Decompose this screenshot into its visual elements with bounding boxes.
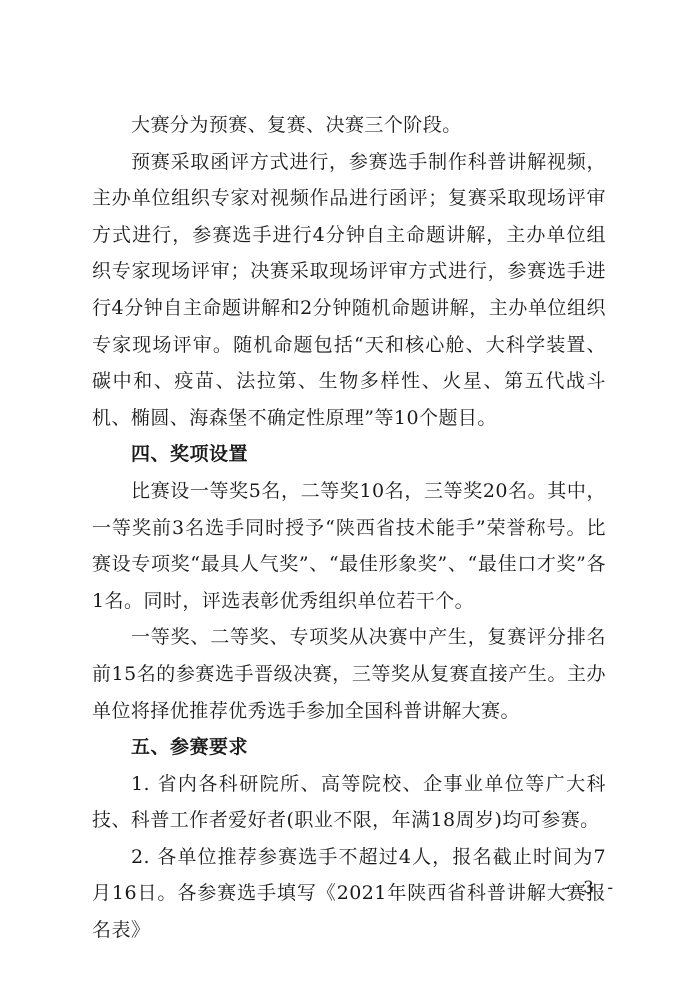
paragraph-requirement-1: 1. 省内各科研院所、高等院校、企事业单位等广大科技、科普工作者爱好者(职业不限… <box>92 766 606 839</box>
paragraph-stages: 大赛分为预赛、复赛、决赛三个阶段。 <box>92 107 606 144</box>
paragraph-award-selection: 一等奖、二等奖、专项奖从决赛中产生，复赛评分排名前15名的参赛选手晋级决赛，三等… <box>92 619 606 729</box>
paragraph-competition-format: 预赛采取函评方式进行，参赛选手制作科普讲解视频，主办单位组织专家对视频作品进行函… <box>92 144 606 437</box>
document-page: 大赛分为预赛、复赛、决赛三个阶段。 预赛采取函评方式进行，参赛选手制作科普讲解视… <box>92 107 606 949</box>
section-heading-awards: 四、奖项设置 <box>92 436 606 473</box>
section-heading-requirements: 五、参赛要求 <box>92 729 606 766</box>
page-number: - 3 - <box>564 878 617 898</box>
paragraph-award-counts: 比赛设一等奖5名，二等奖10名，三等奖20名。其中，一等奖前3名选手同时授予“陕… <box>92 473 606 619</box>
paragraph-requirement-2: 2. 各单位推荐参赛选手不超过4人，报名截止时间为7月16日。各参赛选手填写《2… <box>92 839 606 949</box>
